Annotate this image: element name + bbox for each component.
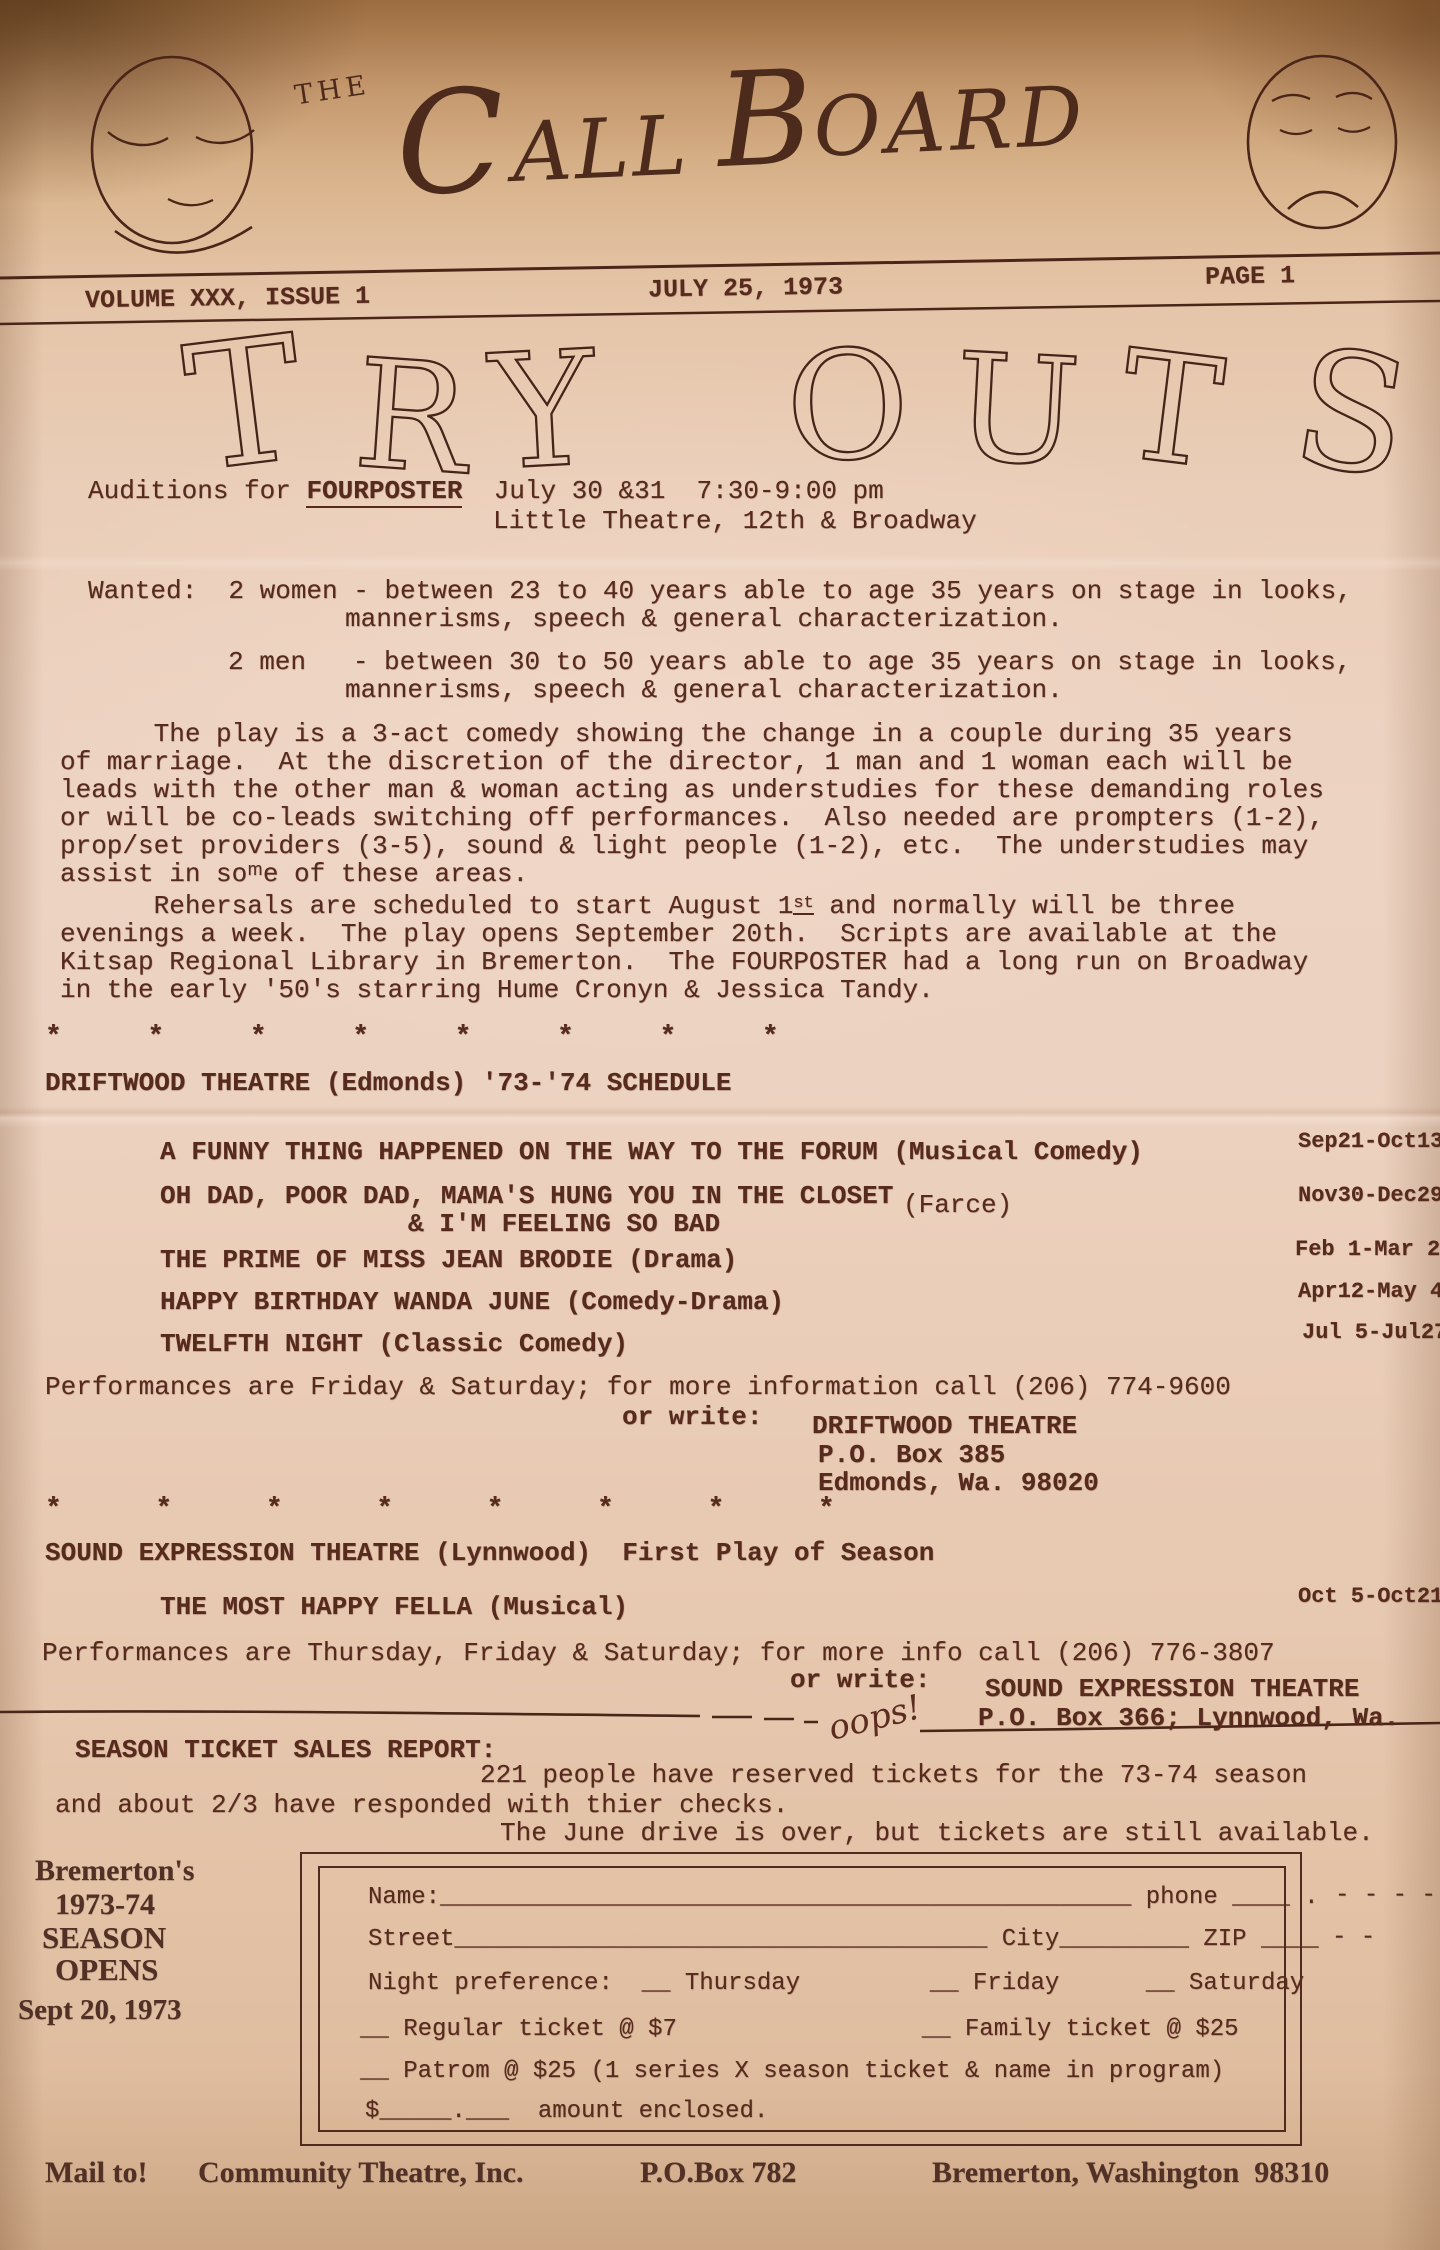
auditions-prefix: Auditions for (88, 476, 306, 506)
headline-letter-t2: T (1111, 318, 1232, 503)
masthead-volume: VOLUME XXX, ISSUE 1 (85, 284, 370, 313)
body-p1-line6: assist in soᵐe of these areas. (60, 861, 528, 887)
tragedy-mask-icon (1248, 56, 1396, 228)
driftwood-performances: Performances are Friday & Saturday; for … (45, 1374, 1231, 1400)
driftwood-show-2-genre: (Farce) (903, 1192, 1012, 1218)
driftwood-address-1: DRIFTWOOD THEATRE (812, 1413, 1077, 1439)
asterisk-divider-1: * * * * * * * * (45, 1024, 779, 1052)
asterisk-divider-2: * * * * * * * * (45, 1496, 835, 1524)
title-letter-b: B (712, 41, 816, 197)
p2-pre: Rehersals are scheduled to start August … (60, 891, 793, 921)
auditions-suffix: July 30 &31 7:30-9:00 pm (462, 476, 883, 506)
headline-letter-s: S (1282, 313, 1421, 516)
sidebar-opening-date: Sept 20, 1973 (18, 1996, 182, 2025)
wanted-line4: mannerisms, speech & general characteriz… (345, 677, 1063, 703)
driftwood-show-5-dates: Jul 5-Jul27 (1302, 1322, 1440, 1344)
sidebar-opens: OPENS (55, 1954, 158, 1985)
wanted-line1: Wanted: 2 women - between 23 to 40 years… (88, 578, 1352, 604)
sidebar-season-years: 1973-74 (55, 1890, 155, 1920)
auditions-show-title: FOURPOSTER (306, 476, 462, 508)
title-word-all: ALL (503, 98, 691, 201)
wanted-line2: mannerisms, speech & general characteriz… (345, 606, 1063, 632)
sound-or-write: or write: (790, 1667, 930, 1693)
driftwood-show-2-title: OH DAD, POOR DAD, MAMA'S HUNG YOU IN THE… (160, 1183, 893, 1209)
auditions-line1: Auditions for FOURPOSTER July 30 &31 7:3… (88, 478, 884, 504)
body-p2-line3: Kitsap Regional Library in Bremerton. Th… (60, 949, 1308, 975)
driftwood-show-5-title: TWELFTH NIGHT (Classic Comedy) (160, 1331, 628, 1357)
driftwood-show-3-title: THE PRIME OF MISS JEAN BRODIE (Drama) (160, 1247, 737, 1273)
title-word-oard: OARD (812, 69, 1090, 176)
body-p2-line2: evenings a week. The play opens Septembe… (60, 921, 1277, 947)
sidebar-bremertons: Bremerton's (35, 1856, 194, 1886)
wanted-line3: 2 men - between 30 to 50 years able to a… (228, 649, 1351, 675)
sidebar-season: SEASON (42, 1922, 166, 1953)
body-p1-line2: of marriage. At the discretion of the di… (60, 749, 1293, 775)
driftwood-show-3-dates: Feb 1-Mar 2 (1295, 1239, 1440, 1261)
sound-expression-heading: SOUND EXPRESSION THEATRE (Lynnwood) Firs… (45, 1540, 934, 1566)
title-letter-c: C (392, 58, 508, 228)
p2-superscript-st: st (793, 894, 813, 915)
form-patron-row: __ Patrom @ $25 (1 series X season ticke… (360, 2060, 1224, 2084)
season-report-line3: The June drive is over, but tickets are … (500, 1820, 1374, 1846)
season-report-line1: 221 people have reserved tickets for the… (480, 1762, 1307, 1788)
mailto-po-box: P.O.Box 782 (640, 2158, 796, 2188)
season-report-line2: and about 2/3 have responded with thier … (55, 1792, 788, 1818)
masthead-kicker: THE (293, 69, 373, 111)
body-p2-line1: Rehersals are scheduled to start August … (60, 893, 1235, 919)
driftwood-address-2: P.O. Box 385 (818, 1442, 1005, 1468)
form-ticket-prices-row: __ Regular ticket @ $7 __ Family ticket … (360, 2018, 1239, 2042)
comedy-mask-icon (92, 57, 254, 253)
p2-post: and normally will be three (814, 891, 1235, 921)
form-name-row-dashes: - - - - (1335, 1884, 1436, 1908)
paper-crease-upper (0, 555, 1440, 571)
form-street-row-dashes: - - (1332, 1926, 1375, 1950)
sound-show-title: THE MOST HAPPY FELLA (Musical) (160, 1594, 628, 1620)
body-p1-line4: or will be co-leads switching off perfor… (60, 805, 1324, 831)
masthead-title: THE C ALL B OARD (292, 29, 1091, 232)
driftwood-show-1-title: A FUNNY THING HAPPENED ON THE WAY TO THE… (160, 1139, 1143, 1165)
driftwood-show-2-dates: Nov30-Dec29 (1298, 1185, 1440, 1207)
sound-address-2: P.O. Box 366; Lynnwood, Wa. (978, 1705, 1399, 1731)
sound-performances: Performances are Thursday, Friday & Satu… (42, 1640, 1275, 1666)
masthead-date: JULY 25, 1973 (648, 274, 843, 302)
season-report-heading: SEASON TICKET SALES REPORT: (75, 1737, 496, 1763)
driftwood-address-3: Edmonds, Wa. 98020 (818, 1470, 1099, 1496)
newsletter-page: THE C ALL B OARD T R Y O U T S oops! VOL… (0, 0, 1440, 2250)
form-street-row: Street__________________________________… (368, 1928, 1319, 1952)
mailto-city: Bremerton, Washington 98310 (932, 2158, 1329, 2188)
driftwood-show-2-title2: & I'M FEELING SO BAD (408, 1211, 720, 1237)
body-p1-line1: The play is a 3-act comedy showing the c… (60, 721, 1293, 747)
auditions-line2: Little Theatre, 12th & Broadway (493, 508, 977, 534)
driftwood-or-write: or write: (622, 1404, 762, 1430)
sound-show-dates: Oct 5-Oct21 (1298, 1586, 1440, 1608)
body-p1-line3: leads with the other man & woman acting … (60, 777, 1324, 803)
driftwood-heading: DRIFTWOOD THEATRE (Edmonds) '73-'74 SCHE… (45, 1070, 732, 1096)
headline-letter-o: O (783, 318, 912, 496)
driftwood-show-1-dates: Sep21-Oct13 (1298, 1131, 1440, 1153)
sound-address-1: SOUND EXPRESSION THEATRE (985, 1676, 1359, 1702)
masthead-page: PAGE 1 (1205, 263, 1295, 289)
mailto-org: Community Theatre, Inc. (198, 2158, 524, 2188)
driftwood-show-4-title: HAPPY BIRTHDAY WANDA JUNE (Comedy-Drama) (160, 1289, 784, 1315)
headline-letter-u: U (950, 321, 1084, 499)
body-p1-line5: prop/set providers (3-5), sound & light … (60, 833, 1308, 859)
oops-note: oops! (825, 1687, 926, 1749)
paper-crease-middle (0, 1106, 1440, 1128)
form-name-row: Name:___________________________________… (368, 1886, 1319, 1910)
body-p2-line4: in the early '50's starring Hume Cronyn … (60, 977, 934, 1003)
driftwood-show-4-dates: Apr12-May 4 (1298, 1281, 1440, 1303)
form-night-preference-row: Night preference: __ Thursday __ Friday … (368, 1972, 1304, 1996)
mailto-label: Mail to! (45, 2158, 147, 2188)
form-amount-row: $_____.___ amount enclosed. (365, 2100, 768, 2124)
